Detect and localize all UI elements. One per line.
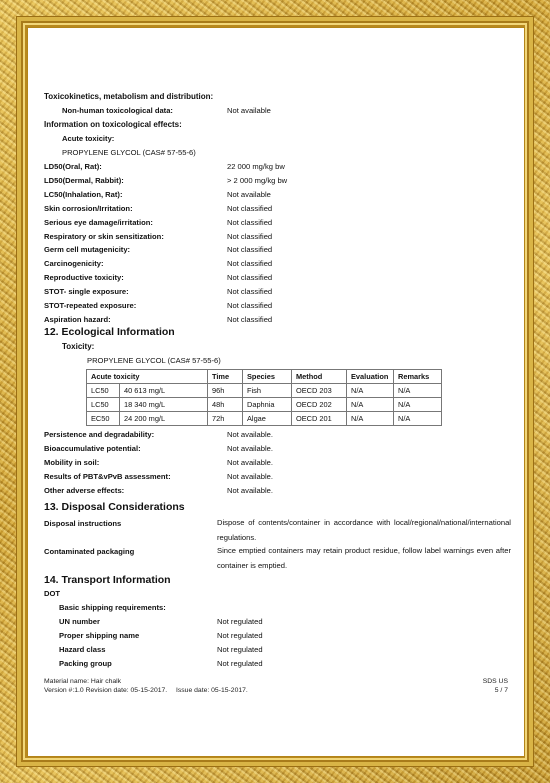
row-label: Aspiration hazard:	[44, 315, 111, 324]
row-label: STOT-repeated exposure:	[44, 301, 136, 310]
row-value: Not classified	[227, 315, 272, 324]
cell-species: Algae	[243, 412, 292, 426]
row-value: Not available.	[227, 458, 273, 467]
cell-method: OECD 203	[292, 384, 347, 398]
col-remarks: Remarks	[394, 370, 442, 384]
toxicokinetics-heading: Toxicokinetics, metabolism and distribut…	[44, 92, 213, 101]
row-value: Not classified	[227, 232, 272, 241]
row-value: Not regulated	[217, 631, 263, 640]
row-value: Not classified	[227, 287, 272, 296]
basic-shipping-label: Basic shipping requirements:	[59, 603, 166, 612]
cell-concentration: 18 340 mg/L	[120, 398, 208, 412]
row-value: Not available.	[227, 472, 273, 481]
cell-time: 48h	[208, 398, 243, 412]
row-value: Not classified	[227, 301, 272, 310]
cell-endpoint: EC50	[87, 412, 120, 426]
footer-material-name: Material name: Hair chalk	[44, 678, 121, 685]
col-time: Time	[208, 370, 243, 384]
row-label: Skin corrosion/Irritation:	[44, 204, 133, 213]
col-species: Species	[243, 370, 292, 384]
row-value: Not available	[227, 190, 271, 199]
row-label: STOT- single exposure:	[44, 287, 129, 296]
cell-species: Fish	[243, 384, 292, 398]
eco-toxicity-label: Toxicity:	[62, 342, 94, 351]
cell-time: 72h	[208, 412, 243, 426]
row-value: Not classified	[227, 245, 272, 254]
footer-version: Version #:1.0 Revision date: 05-15-2017.	[44, 687, 167, 694]
row-label: Results of PBT&vPvB assessment:	[44, 472, 171, 481]
disposal-instructions-value: Dispose of contents/container in accorda…	[217, 516, 511, 545]
acute-toxicity-label: Acute toxicity:	[62, 134, 114, 143]
footer-issue-date: Issue date: 05-15-2017.	[176, 687, 248, 694]
row-value: Not regulated	[217, 645, 263, 654]
row-value: Not regulated	[217, 617, 263, 626]
ecological-heading: 12. Ecological Information	[44, 326, 175, 338]
row-value: Not classified	[227, 204, 272, 213]
row-label: Other adverse effects:	[44, 486, 124, 495]
row-value: Not classified	[227, 218, 272, 227]
row-value: Not available.	[227, 444, 273, 453]
row-label: LD50(Oral, Rat):	[44, 162, 102, 171]
eco-substance-name: PROPYLENE GLYCOL (CAS# 57-55-6)	[87, 356, 221, 365]
contaminated-packaging-value: Since emptied containers may retain prod…	[217, 544, 511, 573]
cell-evaluation: N/A	[347, 384, 394, 398]
col-acute-toxicity: Acute toxicity	[87, 370, 208, 384]
non-human-label: Non-human toxicological data:	[62, 106, 173, 115]
row-label: Bioaccumulative potential:	[44, 444, 141, 453]
row-label: Reproductive toxicity:	[44, 273, 124, 282]
cell-evaluation: N/A	[347, 398, 394, 412]
cell-evaluation: N/A	[347, 412, 394, 426]
contaminated-packaging-label: Contaminated packaging	[44, 547, 134, 556]
cell-remarks: N/A	[394, 384, 442, 398]
row-label: Persistence and degradability:	[44, 430, 154, 439]
disposal-heading: 13. Disposal Considerations	[44, 501, 185, 513]
cell-species: Daphnia	[243, 398, 292, 412]
toxicological-effects-heading: Information on toxicological effects:	[44, 120, 182, 129]
row-label: Germ cell mutagenicity:	[44, 245, 130, 254]
row-label: LD50(Dermal, Rabbit):	[44, 176, 124, 185]
non-human-value: Not available	[227, 106, 271, 115]
table-row: EC5024 200 mg/L72hAlgaeOECD 201N/AN/A	[87, 412, 442, 426]
table-row: LC5040 613 mg/L96hFishOECD 203N/AN/A	[87, 384, 442, 398]
row-label: Hazard class	[59, 645, 105, 654]
row-label: Proper shipping name	[59, 631, 139, 640]
footer-doc-type: SDS US	[483, 678, 508, 685]
row-label: Respiratory or skin sensitization:	[44, 232, 164, 241]
acute-toxicity-table: Acute toxicity Time Species Method Evalu…	[86, 369, 442, 426]
cell-endpoint: LC50	[87, 398, 120, 412]
row-label: Carcinogenicity:	[44, 259, 104, 268]
row-value: Not classified	[227, 259, 272, 268]
cell-time: 96h	[208, 384, 243, 398]
row-value: 22 000 mg/kg bw	[227, 162, 285, 171]
row-label: Serious eye damage/irritation:	[44, 218, 153, 227]
dot-label: DOT	[44, 589, 60, 598]
table-row: LC5018 340 mg/L48hDaphniaOECD 202N/AN/A	[87, 398, 442, 412]
cell-concentration: 24 200 mg/L	[120, 412, 208, 426]
cell-concentration: 40 613 mg/L	[120, 384, 208, 398]
row-value: Not available.	[227, 430, 273, 439]
row-value: Not available.	[227, 486, 273, 495]
row-value: > 2 000 mg/kg bw	[227, 176, 287, 185]
cell-method: OECD 202	[292, 398, 347, 412]
row-value: Not regulated	[217, 659, 263, 668]
row-label: Mobility in soil:	[44, 458, 99, 467]
sds-page: Toxicokinetics, metabolism and distribut…	[28, 28, 524, 756]
col-method: Method	[292, 370, 347, 384]
tox-substance-name: PROPYLENE GLYCOL (CAS# 57-55-6)	[62, 148, 196, 157]
col-evaluation: Evaluation	[347, 370, 394, 384]
transport-heading: 14. Transport Information	[44, 574, 171, 586]
row-value: Not classified	[227, 273, 272, 282]
cell-endpoint: LC50	[87, 384, 120, 398]
footer-page-number: 5 / 7	[495, 687, 508, 694]
row-label: Packing group	[59, 659, 112, 668]
row-label: UN number	[59, 617, 100, 626]
cell-remarks: N/A	[394, 412, 442, 426]
cell-method: OECD 201	[292, 412, 347, 426]
row-label: LC50(Inhalation, Rat):	[44, 190, 122, 199]
cell-remarks: N/A	[394, 398, 442, 412]
table-header-row: Acute toxicity Time Species Method Evalu…	[87, 370, 442, 384]
disposal-instructions-label: Disposal instructions	[44, 519, 121, 528]
